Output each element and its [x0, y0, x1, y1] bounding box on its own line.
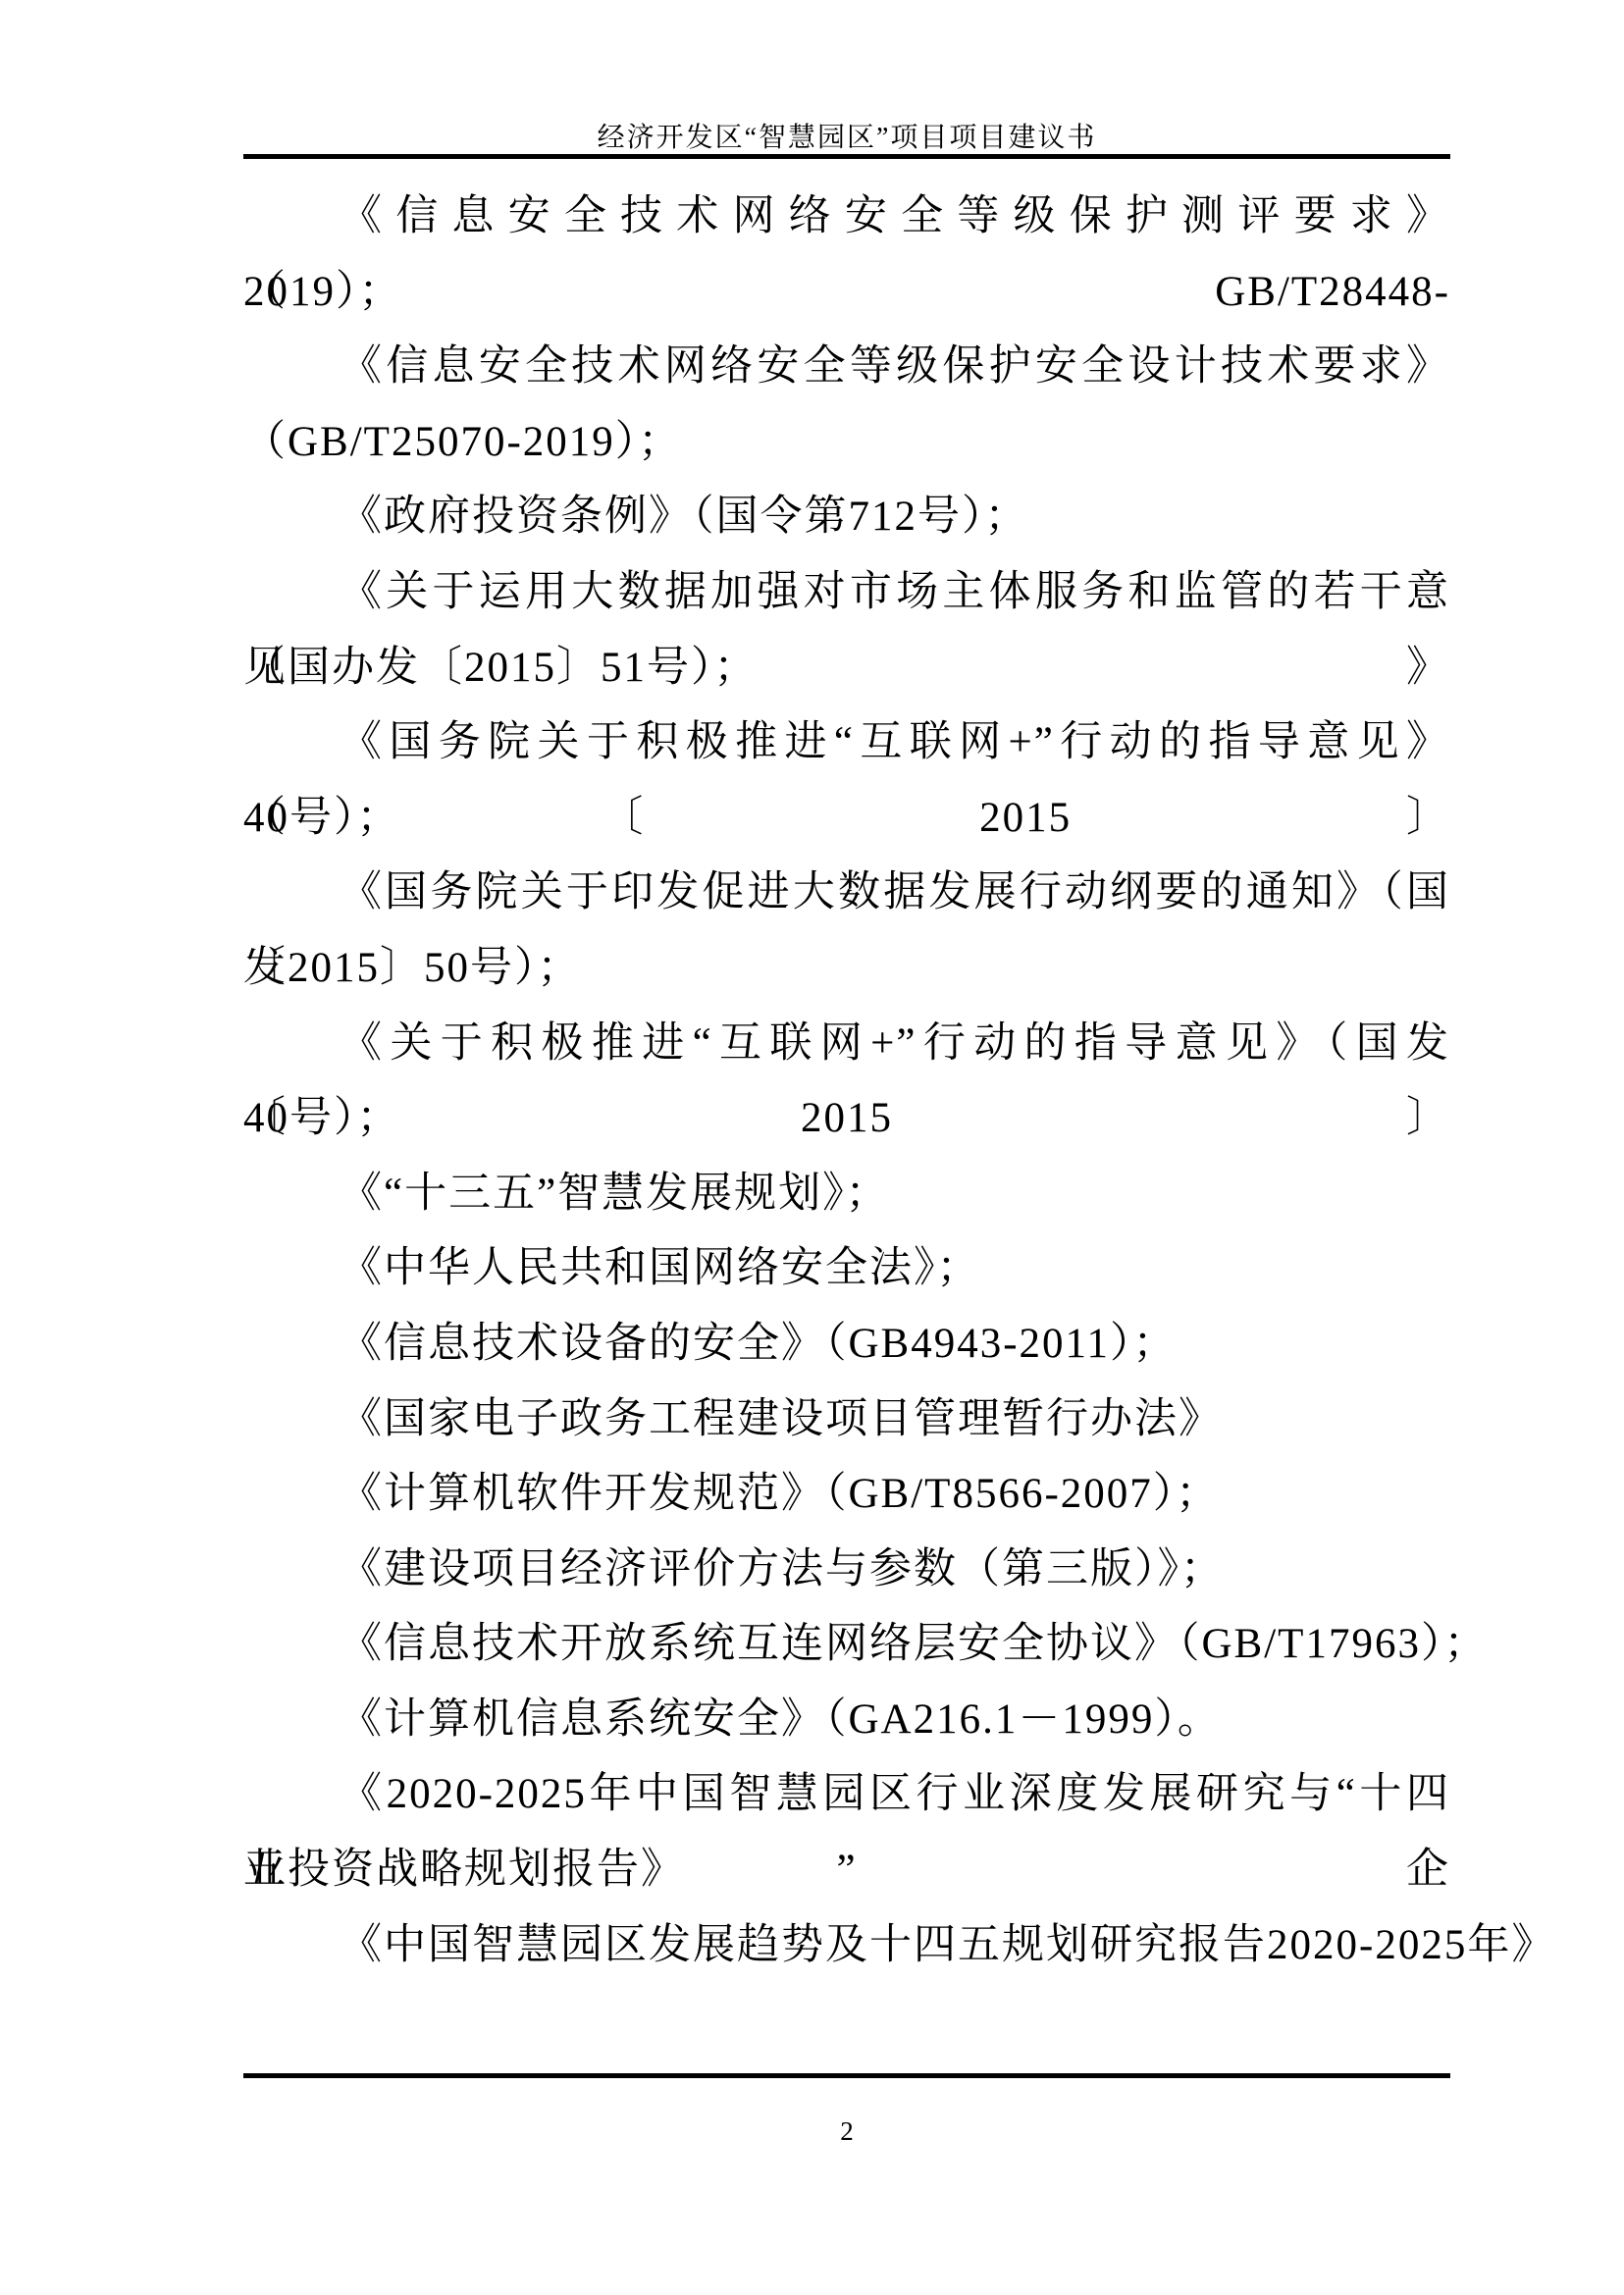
body-line: 《信息安全技术网络安全等级保护安全设计技术要求》	[243, 330, 1450, 405]
header-title: 经济开发区“智慧园区”项目项目建议书	[243, 122, 1450, 155]
footer-rule	[243, 2073, 1450, 2078]
body-line: 《信息安全技术网络安全等级保护测评要求》（GB/T28448-	[243, 180, 1450, 255]
document-body: 《信息安全技术网络安全等级保护测评要求》（GB/T28448-2019）；《信息…	[243, 180, 1450, 1983]
body-line: 〔2015〕50号）；	[243, 931, 1450, 1007]
body-line: 《关于积极推进“互联网+”行动的指导意见》（国发〔2015〕	[243, 1007, 1450, 1082]
body-line: 《国务院关于积极推进“互联网+”行动的指导意见》（〔2015〕	[243, 705, 1450, 781]
document-page: 经济开发区“智慧园区”项目项目建议书 《信息安全技术网络安全等级保护测评要求》（…	[0, 0, 1624, 2295]
body-line: 《计算机信息系统安全》（GA216.1－1999）。	[243, 1683, 1450, 1758]
page-number: 2	[243, 2115, 1450, 2148]
body-line: 《中华人民共和国网络安全法》；	[243, 1231, 1450, 1307]
body-line: 《计算机软件开发规范》（GB/T8566-2007）；	[243, 1457, 1450, 1533]
body-line: 《中国智慧园区发展趋势及十四五规划研究报告2020-2025年》	[243, 1908, 1450, 1984]
header-rule	[243, 154, 1450, 159]
body-line: 《建设项目经济评价方法与参数（第三版）》；	[243, 1533, 1450, 1608]
body-line: 《信息技术开放系统互连网络层安全协议》（GB/T17963）；	[243, 1607, 1450, 1683]
body-line: 《国务院关于印发促进大数据发展行动纲要的通知》（国发	[243, 856, 1450, 931]
body-line: 《“十三五”智慧发展规划》；	[243, 1157, 1450, 1232]
body-line: 《政府投资条例》（国令第712号）；	[243, 480, 1450, 555]
body-line: 《国家电子政务工程建设项目管理暂行办法》	[243, 1382, 1450, 1458]
body-line: 《关于运用大数据加强对市场主体服务和监管的若干意见》	[243, 555, 1450, 631]
body-line: （GB/T25070-2019）；	[243, 405, 1450, 481]
body-line: 《信息技术设备的安全》（GB4943-2011）；	[243, 1307, 1450, 1382]
body-line: 《2020-2025年中国智慧园区行业深度发展研究与“十四五”企	[243, 1757, 1450, 1833]
